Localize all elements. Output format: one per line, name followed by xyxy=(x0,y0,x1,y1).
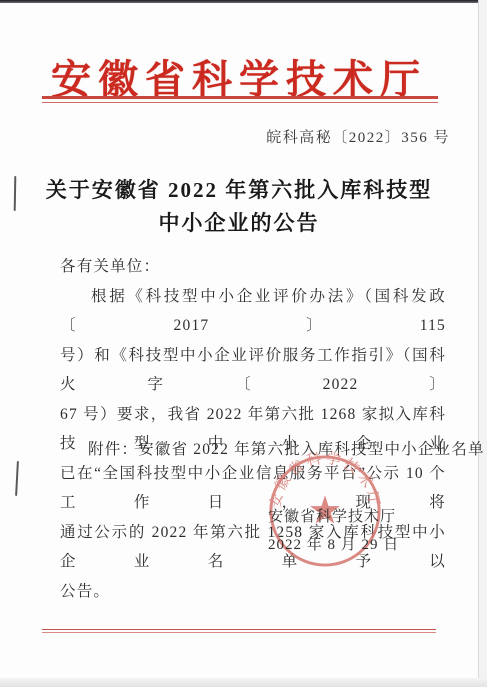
scan-bottom-edge xyxy=(0,678,487,687)
body-line: 号）和《科技型中小企业评价服务工作指引》（国科火字〔2022〕 xyxy=(60,341,446,400)
document-title: 关于安徽省 2022 年第六批入库科技型 中小企业的公告 xyxy=(0,174,478,240)
document-title-line-2: 中小企业的公告 xyxy=(0,207,478,240)
letterhead-divider-rule xyxy=(42,96,438,103)
signature-date: 2022 年 8 月 29 日 xyxy=(268,533,378,554)
footer-divider-rule xyxy=(42,629,436,633)
salutation: 各有关单位： xyxy=(60,252,446,282)
scan-top-edge xyxy=(0,0,487,3)
signature-agency-name: 安徽省科学技术厅 xyxy=(268,505,378,526)
binding-mark-bottom xyxy=(15,461,19,496)
document-title-line-1: 关于安徽省 2022 年第六批入库科技型 xyxy=(0,174,478,207)
body-line: 根据《科技型中小企业评价办法》（国科发政〔2017〕115 xyxy=(60,282,446,341)
body-line: 公告。 xyxy=(60,577,446,607)
document-reference-number: 皖科高秘〔2022〕356 号 xyxy=(266,126,450,147)
scan-right-edge xyxy=(478,0,487,687)
document-page: 安徽省科学技术厅 皖科高秘〔2022〕356 号 关于安徽省 2022 年第六批… xyxy=(0,0,487,687)
